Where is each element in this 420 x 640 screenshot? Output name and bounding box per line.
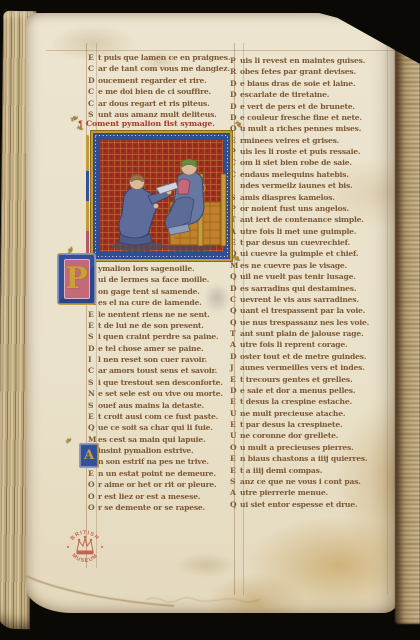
line-text: escarlate de tiretaine. (240, 90, 329, 99)
text-line: Mes cest sa main qui lapuie. (88, 434, 234, 445)
line-text: ue ce soit sa char qui li fuie. (98, 423, 213, 432)
ruling-line (46, 50, 396, 51)
line-initial: R (230, 66, 240, 77)
text-line: Une coronne dor grellete. (230, 430, 398, 441)
line-text: ar amors toust sens et savoir. (98, 366, 217, 375)
line-text: e saie et dor a menus pelles. (240, 386, 355, 395)
text-line: Qui cuevre la guimple et chief. (230, 248, 398, 259)
line-initial: E (230, 453, 240, 464)
line-initial: O (88, 502, 98, 513)
text-line: Cuevrent le vis aus sarradines. (230, 294, 398, 305)
text-line: Que nus trespassanz nes les voie. (230, 317, 398, 328)
text-line: Autre pierrerie menue. (230, 487, 398, 498)
text-line: insint pymalion estrive. (88, 445, 234, 456)
line-initial: C (88, 63, 98, 74)
text-line: Indes vermeilz iaunes et bis. (230, 180, 398, 191)
line-initial: I (88, 354, 98, 365)
line-text: e tel chose amer se paine. (98, 344, 203, 353)
text-line: Souef aus mains la detaste. (88, 400, 234, 411)
line-text: t puis que lamen ce en praignes. (98, 53, 230, 62)
line-text: t trecours gentes et grelles. (240, 375, 352, 384)
line-text: n son estrif na pes ne trive. (98, 457, 209, 466)
line-initial: Q (230, 271, 240, 282)
line-text: t desus la crespine estache. (240, 397, 352, 406)
line-initial: S (230, 476, 240, 487)
line-text: ant sunt plain de jalouse rage. (240, 329, 363, 338)
rubric: ¶Coment pymalion fist symage. (78, 119, 215, 128)
line-initial: C (88, 86, 98, 97)
text-line: De biaus dras de soie et laine. (230, 78, 398, 89)
line-text: es ne cuevre pas le visage. (240, 261, 347, 270)
line-text: oster tout et de metre guindes. (240, 352, 366, 361)
line-initial: C (230, 294, 240, 305)
text-line: Et puis que lamen ce en praignes. (88, 52, 234, 63)
line-text: ue nus trespassanz nes les voie. (240, 318, 369, 327)
line-initial: A (230, 339, 240, 350)
line-text: es sarradins qui destamines. (240, 284, 356, 293)
line-text: e biaus dras de soie et laine. (240, 79, 355, 88)
text-line: De tel chose amer se paine. (88, 343, 234, 354)
line-text: uis li revest en maintes guises. (240, 56, 365, 65)
text-line: Quant el trespassent par la voie. (230, 305, 398, 316)
text-line: Descarlate de tiretaine. (230, 89, 398, 100)
text-line: Samis diaspres kamelos. (230, 192, 398, 203)
line-text: ouef aus mains la detaste. (98, 401, 204, 410)
text-line: ymalion lors sagenoille. (88, 263, 234, 274)
line-initial: S (88, 400, 98, 411)
line-initial: E (230, 374, 240, 385)
svg-text:MUSEUM: MUSEUM (70, 553, 99, 564)
text-line: Et a iiij demi compas. (230, 465, 398, 476)
gutter-facing-page (395, 24, 420, 624)
line-text: uis les li roste et puis ressaie. (240, 147, 360, 156)
text-line: Com li siet bien robe de saie. (230, 157, 398, 168)
line-initial: E (88, 320, 98, 331)
crown-icon (77, 536, 94, 555)
line-text: i que trestout sen desconforte. (98, 378, 223, 387)
text-line: Ou mult a precieuses pierres. (230, 442, 398, 453)
line-text: endaus melequins hatebis. (240, 170, 349, 179)
manuscript-page: Et puis que lamen ce en praignes.Car de … (26, 13, 398, 613)
line-initial: E (88, 309, 98, 320)
line-text: rminees veires et grises. (240, 136, 339, 145)
line-text: utre fois li met une guimple. (240, 227, 356, 236)
text-line: Sanz ce que ne vous i cont pas. (230, 476, 398, 487)
line-text: obes fetes par grant devises. (240, 67, 356, 76)
text-line: De couleur fresche fine et nete. (230, 112, 398, 123)
line-initial: D (230, 351, 240, 362)
line-initial: E (230, 396, 240, 407)
text-line: Il nen reset son cuer ravoir. (88, 354, 234, 365)
line-initial: C (88, 365, 98, 376)
text-line: Ou mult a riches pennes mises. (230, 123, 398, 134)
line-text: t croit ausi com ce fust paste. (98, 412, 218, 421)
text-line: En un estat point ne demeure. (88, 468, 234, 479)
line-initial: D (230, 283, 240, 294)
line-initial: U (230, 430, 240, 441)
line-initial: T (230, 328, 240, 339)
line-text: ne mult precieuse atache. (240, 409, 345, 418)
text-line: En son estrif na pes ne trive. (88, 456, 234, 467)
line-text: i quen craint perdre sa paine. (98, 332, 218, 341)
text-line: Erminees veires et grises. (230, 135, 398, 146)
text-line: De vert de pers et de brunete. (230, 101, 398, 112)
line-text: u mult a riches pennes mises. (240, 124, 361, 133)
line-text: oucement regarder et rire. (98, 76, 207, 85)
text-line: Tant iert de contenance simple. (230, 214, 398, 225)
text-line: Car dous regart et ris piteus. (88, 98, 234, 109)
line-initial: P (230, 55, 240, 66)
line-text: amis diaspres kamelos. (240, 193, 335, 202)
text-line: Si quen craint perdre sa paine. (88, 331, 234, 342)
line-text: r se demente or se rapese. (98, 503, 205, 512)
text-line: Et croit ausi com ce fust paste. (88, 411, 234, 422)
line-initial: O (88, 491, 98, 502)
text-line: De saie et dor a menus pelles. (230, 385, 398, 396)
line-initial: O (230, 442, 240, 453)
line-text: e vert de pers et de brunete. (240, 102, 355, 111)
text-line: Et desus la crespine estache. (230, 396, 398, 407)
text-line: En biaus chastons a iiij quierres. (230, 453, 398, 464)
line-text: r aime or het or rit or pleure. (98, 480, 216, 489)
text-line: Or est liez or est a mesese. (88, 491, 234, 502)
text-line: Et de lui ne de son present. (88, 320, 234, 331)
text-line: Si que trestout sen desconforte. (88, 377, 234, 388)
line-text: ndes vermeilz iaunes et bis. (240, 181, 353, 190)
line-initial: D (230, 78, 240, 89)
text-line: Quil ne vuelt pas tenir lusage. (230, 271, 398, 282)
line-initial: E (88, 411, 98, 422)
line-text: ui cuevre la guimple et chief. (240, 249, 358, 258)
line-text: l nen reset son cuer ravoir. (98, 355, 207, 364)
line-text: aunes vermeilles vers et indes. (240, 363, 365, 372)
line-text: ar dous regart et ris piteus. (98, 99, 210, 108)
line-initial: Q (230, 317, 240, 328)
drop-cap-p: P (57, 253, 96, 305)
text-line: Ele nentent riens ne ne sent. (88, 309, 234, 320)
line-initial: E (88, 468, 98, 479)
line-text: u mult a precieuses pierres. (240, 443, 354, 452)
line-text: e set sele est ou vive ou morte. (98, 389, 223, 398)
line-text: es cest sa main qui lapuie. (98, 435, 205, 444)
text-line: Autre fois li reprent corage. (230, 339, 398, 350)
text-line: Puis les li roste et puis ressaie. (230, 146, 398, 157)
stain (176, 553, 236, 577)
line-initial: O (88, 479, 98, 490)
text-line: Qui siet entor espesse et drue. (230, 499, 398, 510)
line-initial: A (230, 487, 240, 498)
text-line: Or se demente or se rapese. (88, 502, 234, 513)
line-text: uant el trespassent par la voie. (240, 306, 365, 315)
left-column-upper: Et puis que lamen ce en praignes.Car de … (88, 52, 234, 120)
right-column: Puis li revest en maintes guises.Robes f… (230, 55, 398, 510)
line-initial: D (88, 343, 98, 354)
line-text: e me doi bien de ci souffire. (98, 87, 211, 96)
line-text: anz ce que ne vous i cont pas. (240, 477, 361, 486)
text-line: Qui de lermes sa face moille. (88, 274, 234, 285)
text-line: Que ce soit sa char qui li fuie. (88, 422, 234, 433)
line-text: es el na cure de lamende. (98, 298, 202, 307)
rubric-text: Coment pymalion fist symage. (86, 119, 215, 128)
line-initial: U (230, 408, 240, 419)
text-line: Mes ne cuevre pas le visage. (230, 260, 398, 271)
line-initial: J (230, 362, 240, 373)
line-text: t par desus la crespinete. (240, 420, 342, 429)
text-line: Doucement regarder et rire. (88, 75, 234, 86)
line-text: om li siet bien robe de saie. (240, 158, 352, 167)
line-text: n un estat point ne demeure. (98, 469, 216, 478)
line-text: ui de lermes sa face moille. (98, 275, 209, 284)
line-initial: D (230, 385, 240, 396)
page-edge-crease (26, 568, 176, 608)
line-initial: S (88, 331, 98, 342)
line-text: insint pymalion estrive. (98, 446, 194, 455)
ivy-leaf-icon: ❧ (75, 124, 85, 135)
line-text: utre pierrerie menue. (240, 488, 328, 497)
line-text: uil ne vuelt pas tenir lusage. (240, 272, 356, 281)
text-line: Robes fetes par grant devises. (230, 66, 398, 77)
line-text: e couleur fresche fine et nete. (240, 113, 362, 122)
line-text: utre fois li reprent corage. (240, 340, 348, 349)
text-line: Autre fois li met une guimple. (230, 226, 398, 237)
line-text: on gage tent si samende. (98, 287, 200, 296)
ivy-leaf-icon: ❧ (64, 436, 76, 448)
line-text: t de lui ne de son present. (98, 321, 204, 330)
text-line: Puis li revest en maintes guises. (230, 55, 398, 66)
text-line: Ce me doi bien de ci souffire. (88, 86, 234, 97)
line-text: t a iiij demi compas. (240, 466, 322, 475)
line-initial: D (230, 101, 240, 112)
line-initial: E (230, 419, 240, 430)
text-line: Jaunes vermeilles vers et indes. (230, 362, 398, 373)
text-line: Et trecours gentes et grelles. (230, 374, 398, 385)
line-text: n biaus chastons a iiij quierres. (240, 454, 367, 463)
line-initial: Q (230, 305, 240, 316)
line-initial: Q (230, 499, 240, 510)
line-initial: C (88, 98, 98, 109)
line-initial: D (230, 89, 240, 100)
text-line: Car de tant com vous me dangiez. (88, 63, 234, 74)
line-text: or noient fust uns angelos. (240, 204, 349, 213)
left-column-lower: ymalion lors sagenoille.Qui de lermes sa… (88, 263, 234, 513)
line-text: r est liez or est a mesese. (98, 492, 200, 501)
text-line: Des sarradins qui destamines. (230, 283, 398, 294)
line-text: le nentent riens ne ne sent. (98, 310, 210, 319)
line-initial: E (230, 465, 240, 476)
text-line: Or aime or het or rit or pleure. (88, 479, 234, 490)
stamp-text-bottom: MUSEUM (70, 553, 99, 564)
text-line: Tant sunt plain de jalouse rage. (230, 328, 398, 339)
drop-cap-a: A (79, 443, 99, 468)
line-text: ant iert de contenance simple. (240, 215, 364, 224)
line-text: ymalion lors sagenoille. (98, 264, 195, 273)
miniature-pygmalion (90, 130, 233, 262)
line-initial: D (88, 75, 98, 86)
line-text: t par desus un cuevrechief. (240, 238, 350, 247)
marginal-bar-decoration (86, 135, 89, 255)
text-line: Car amors toust sens et savoir. (88, 365, 234, 376)
british-museum-stamp: BRITISH MUSEUM (64, 524, 106, 570)
line-text: ar de tant com vous me dangiez. (98, 64, 230, 73)
text-line: Mes el na cure de lamende. (88, 297, 234, 308)
line-initial: S (88, 377, 98, 388)
text-line: Por noient fust uns angelos. (230, 203, 398, 214)
line-text: uevrent le vis aus sarradines. (240, 295, 359, 304)
line-initial: E (88, 52, 98, 63)
text-line: Et par desus la crespinete. (230, 419, 398, 430)
text-line: Cendaus melequins hatebis. (230, 169, 398, 180)
line-text: ne coronne dor grellete. (240, 431, 338, 440)
text-line: Doster tout et de metre guindes. (230, 351, 398, 362)
text-line: Son gage tent si samende. (88, 286, 234, 297)
text-line: Ne set sele est ou vive ou morte. (88, 388, 234, 399)
line-initial: Q (88, 422, 98, 433)
text-line: Une mult precieuse atache. (230, 408, 398, 419)
text-line: Et par desus un cuevrechief. (230, 237, 398, 248)
line-initial: N (88, 388, 98, 399)
line-text: ui siet entor espesse et drue. (240, 500, 357, 509)
line-text: unt aus amanz mult deliteus. (98, 110, 217, 119)
